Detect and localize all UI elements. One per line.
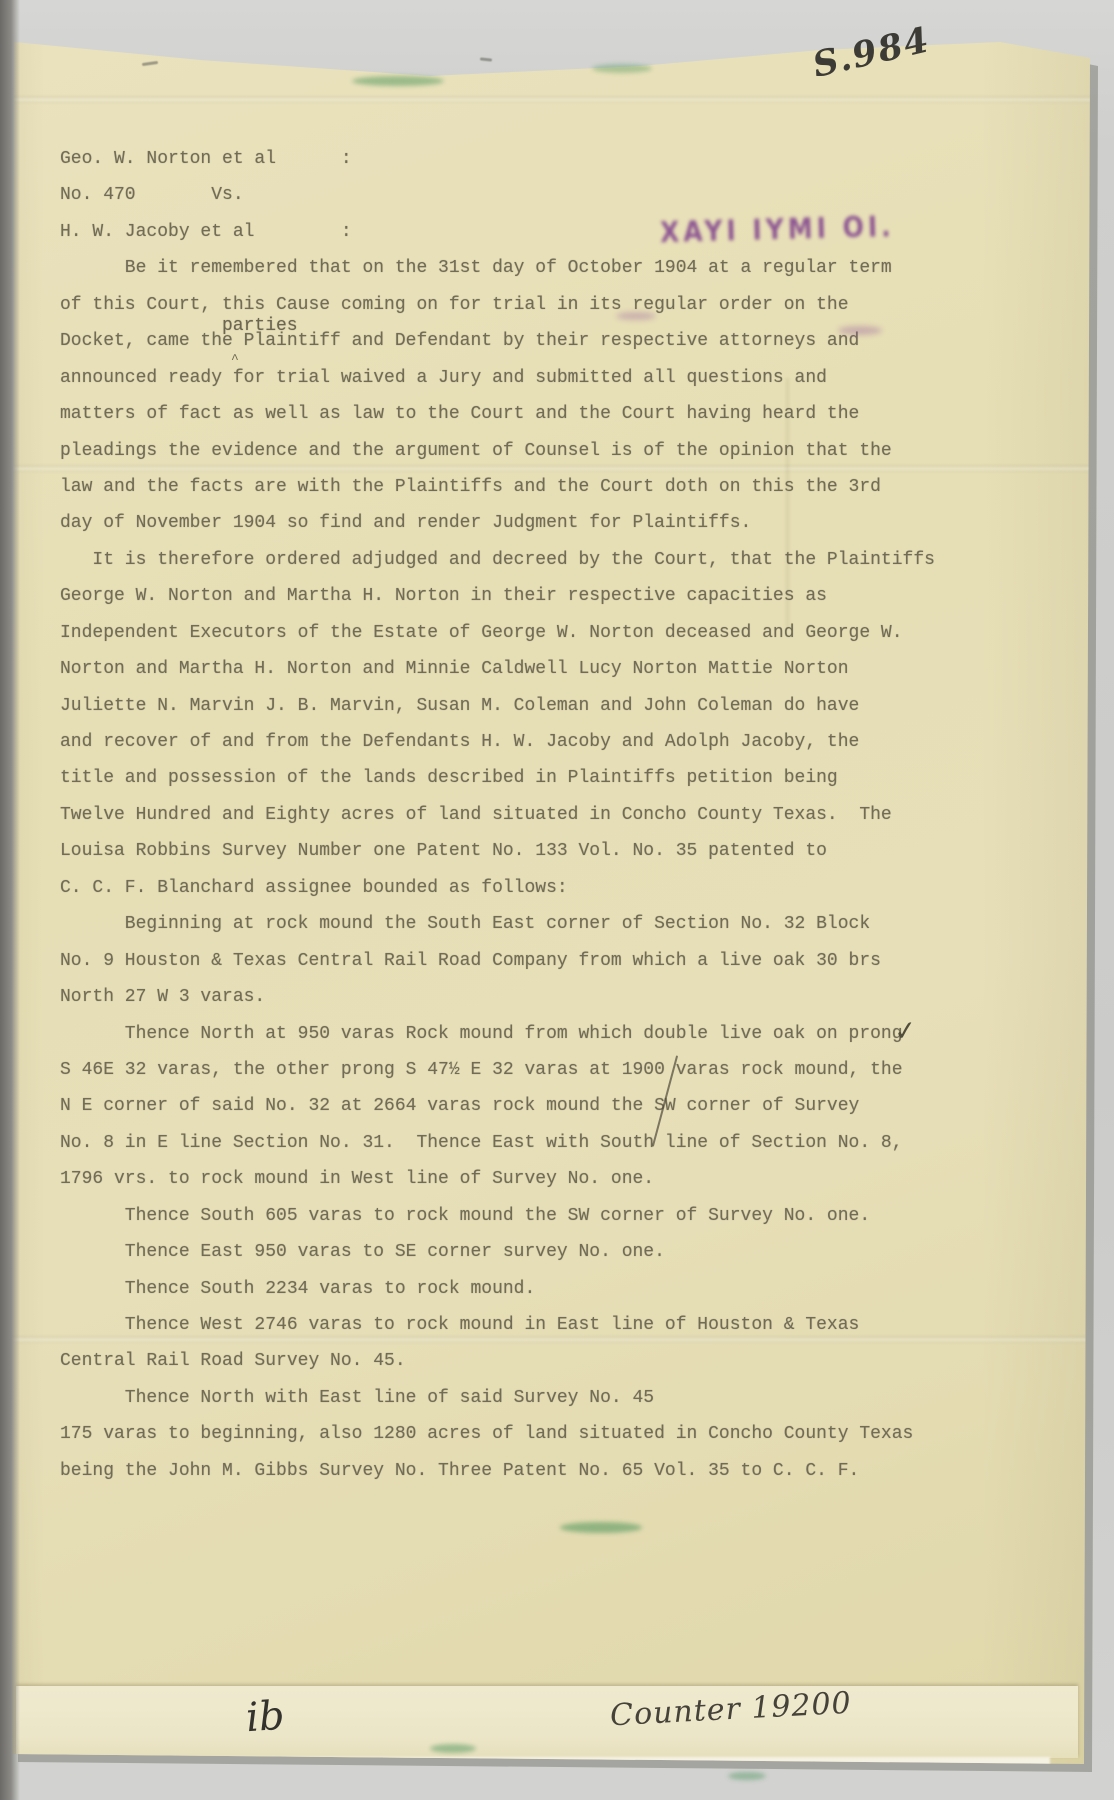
typed-line: being the John M. Gibbs Survey No. Three… <box>60 1453 1040 1489</box>
typed-line: George W. Norton and Martha H. Norton in… <box>60 578 1040 614</box>
handwritten-checkmark: ✓ <box>892 1015 918 1048</box>
typed-line: Geo. W. Norton et al : <box>60 141 1040 177</box>
scan-background: Geo. W. Norton et al :No. 470 Vs.H. W. J… <box>0 0 1114 1800</box>
pencil-speck <box>480 57 492 61</box>
typed-line: Central Rail Road Survey No. 45. <box>60 1343 1040 1379</box>
green-stamp-smudge <box>352 76 444 86</box>
typed-line: Louisa Robbins Survey Number one Patent … <box>60 833 1040 869</box>
typed-line: No. 470 Vs. <box>60 177 1040 213</box>
typed-line: S 46E 32 varas, the other prong S 47½ E … <box>60 1052 1040 1088</box>
typed-line: C. C. F. Blanchard assignee bounded as f… <box>60 870 1040 906</box>
green-stamp-smudge <box>592 64 652 73</box>
handwritten-initials: ib <box>244 1693 286 1742</box>
typed-line: 175 varas to beginning, also 1280 acres … <box>60 1416 1040 1452</box>
typed-line: Norton and Martha H. Norton and Minnie C… <box>60 651 1040 687</box>
typed-line: No. 8 in E line Section No. 31. Thence E… <box>60 1125 1040 1161</box>
typed-line: day of November 1904 so find and render … <box>60 505 1040 541</box>
typed-line: Thence North with East line of said Surv… <box>60 1380 1040 1416</box>
green-stamp-smudge <box>728 1772 766 1780</box>
paper-crease <box>0 96 1114 103</box>
stamp-smudge <box>616 312 656 320</box>
typed-line: Thence East 950 varas to SE corner surve… <box>60 1234 1040 1270</box>
typed-line: Thence West 2746 varas to rock mound in … <box>60 1307 1040 1343</box>
caret-mark: ^ <box>231 352 239 367</box>
typed-line: 1796 vrs. to rock mound in West line of … <box>60 1161 1040 1197</box>
inserted-word: parties <box>222 316 298 336</box>
typed-line: and recover of and from the Defendants H… <box>60 724 1040 760</box>
typed-line: Thence South 2234 varas to rock mound. <box>60 1271 1040 1307</box>
underlying-page-edge <box>16 1686 1078 1758</box>
typed-line: N E corner of said No. 32 at 2664 varas … <box>60 1088 1040 1124</box>
typed-line: Beginning at rock mound the South East c… <box>60 906 1040 942</box>
stamp-smudge <box>838 326 882 335</box>
typed-line: Twelve Hundred and Eighty acres of land … <box>60 797 1040 833</box>
typed-line: of this Court, this Cause coming on for … <box>60 287 1040 323</box>
green-stamp-smudge <box>560 1522 642 1533</box>
typed-line: matters of fact as well as law to the Co… <box>60 396 1040 432</box>
typed-line: Be it remembered that on the 31st day of… <box>60 250 1040 286</box>
green-stamp-smudge <box>430 1744 476 1753</box>
typed-line: pleadings the evidence and the argument … <box>60 433 1040 469</box>
typed-line: title and possession of the lands descri… <box>60 760 1040 796</box>
typed-line: Juliette N. Marvin J. B. Marvin, Susan M… <box>60 688 1040 724</box>
typed-line: announced ready for trial waived a Jury … <box>60 360 1040 396</box>
typed-line: Docket, came the Plaintiff and Defendant… <box>60 323 1040 359</box>
typed-line: No. 9 Houston & Texas Central Rail Road … <box>60 943 1040 979</box>
scan-left-shadow <box>0 0 20 1800</box>
typed-text-block: Geo. W. Norton et al :No. 470 Vs.H. W. J… <box>60 141 1040 1489</box>
typed-line: law and the facts are with the Plaintiff… <box>60 469 1040 505</box>
typed-line: Thence South 605 varas to rock mound the… <box>60 1198 1040 1234</box>
typed-line: North 27 W 3 varas. <box>60 979 1040 1015</box>
typed-line: Independent Executors of the Estate of G… <box>60 615 1040 651</box>
typed-line: It is therefore ordered adjudged and dec… <box>60 542 1040 578</box>
